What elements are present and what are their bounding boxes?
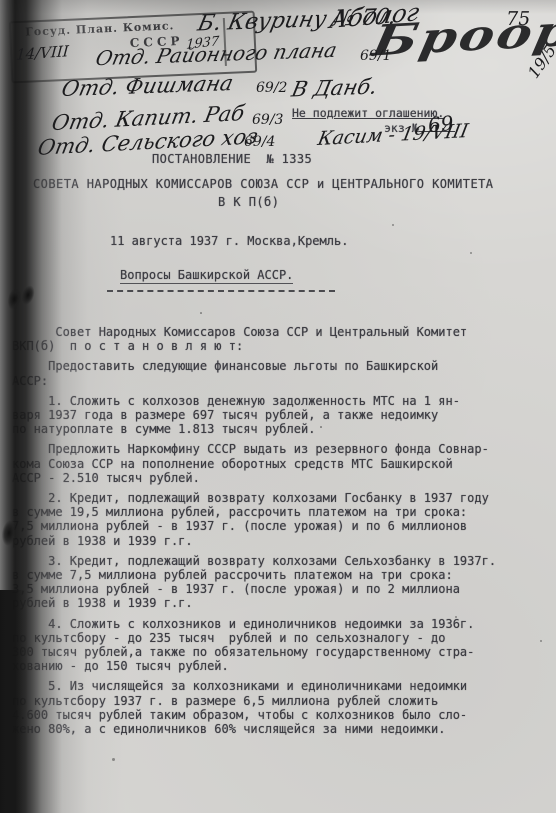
scan-speck xyxy=(112,758,115,761)
typed-line: 4. Сложить с колхозников и единоличников… xyxy=(12,617,552,631)
dept4-number-handwriting: 69/4 xyxy=(244,134,275,150)
scanned-document-page: Госуд. План. Комис. СССР 14/VIII 1937 Б.… xyxy=(0,0,556,813)
typed-line: по натуроплате в сумме 1.813 тысяч рубле… xyxy=(12,422,552,436)
issuer-line-2: В К П(б) xyxy=(218,195,279,209)
typed-line: рублей в 1938 и 1939 г.г. xyxy=(12,596,552,610)
typed-line: Совет Народных Комиссаров Союза ССР и Це… xyxy=(12,325,552,339)
stamp-date-day-handwriting: 14/VIII xyxy=(15,42,69,64)
typed-line: жено 80%, а с единоличников 60% числящей… xyxy=(12,722,552,736)
clause-1: 1. Сложить с колхозов денежную задолженн… xyxy=(12,394,552,437)
resolution-clause: Совет Народных Комиссаров Союза ССР и Це… xyxy=(12,325,552,353)
typed-line: по культсбору - до 235 тысяч рублей и по… xyxy=(12,631,552,645)
subject-heading: Вопросы Башкирской АССР. xyxy=(120,268,293,284)
scan-speck xyxy=(392,224,394,226)
decree-title: ПОСТАНОВЛЕНИЕ № 1335 xyxy=(152,152,312,166)
typed-line: в сумме 19,5 миллиона рублей, рассрочить… xyxy=(12,505,552,519)
secrecy-notice: Не подлежит оглашению. xyxy=(292,106,444,120)
dept2-number-handwriting: 69/2 xyxy=(256,80,287,96)
typed-line: АССР: xyxy=(12,374,552,388)
subject-dashed-underline xyxy=(107,290,335,292)
typed-line: Предоставить следующие финансовые льготы… xyxy=(12,359,552,373)
dept2-extra-handwriting: В Данб. xyxy=(289,74,379,101)
typed-line: хованию - до 150 тысяч рублей. xyxy=(12,659,552,673)
dateline: 11 августа 1937 г. Москва,Кремль. xyxy=(110,234,348,248)
copy-number-handwriting: 69 xyxy=(427,111,455,138)
typed-line: рублей в 1938 и 1939 г.г. xyxy=(12,534,552,548)
decree-body: Совет Народных Комиссаров Союза ССР и Це… xyxy=(12,325,552,742)
punch-hole xyxy=(19,284,37,307)
typed-line: 4.600 тысяч рублей таким образом, чтобы … xyxy=(12,708,552,722)
typed-line: ВКП(б) п о с т а н о в л я ю т: xyxy=(12,339,552,353)
typed-line: кома Союза ССР на пополнение оборотных с… xyxy=(12,457,552,471)
typed-line: 300 тысяч рублей,а также по обязательном… xyxy=(12,645,552,659)
big-signature-handwriting: Броор xyxy=(368,5,556,65)
typed-line: 2. Кредит, подлежащий возврату колхозами… xyxy=(12,491,552,505)
clause-4: 4. Сложить с колхозников и единоличников… xyxy=(12,617,552,674)
typed-line: в сумме 7,5 миллиона рублей рассрочить п… xyxy=(12,568,552,582)
typed-line: Предложить Наркомфину СССР выдать из рез… xyxy=(12,442,552,456)
typed-line: по культсбору 1937 г. в размере 6,5 милл… xyxy=(12,694,552,708)
typed-line: АССР - 2.510 тысяч рублей. xyxy=(12,471,552,485)
dept2-handwriting: Отд. Фишмана xyxy=(59,71,235,101)
issuer-line-1: СОВЕТА НАРОДНЫХ КОМИССАРОВ СОЮЗА ССР и Ц… xyxy=(33,177,493,191)
clause-5: 5. Из числящейся за колхозниками и едино… xyxy=(12,679,552,736)
punch-hole xyxy=(6,287,23,311)
typed-line: 3. Кредит, подлежащий возврату колхозами… xyxy=(12,554,552,568)
typed-line: 5. Из числящейся за колхозниками и едино… xyxy=(12,679,552,693)
clause-2: 2. Кредит, подлежащий возврату колхозами… xyxy=(12,491,552,548)
clause-1a: Предложить Наркомфину СССР выдать из рез… xyxy=(12,442,552,485)
typed-line: 1. Сложить с колхозов денежную задолженн… xyxy=(12,394,552,408)
typed-line: варя 1937 года в размере 697 тысяч рубле… xyxy=(12,408,552,422)
preamble-clause: Предоставить следующие финансовые льготы… xyxy=(12,359,552,387)
typed-line: 7,5 миллиона рублей - в 1937 г. (после у… xyxy=(12,519,552,533)
clause-3: 3. Кредит, подлежащий возврату колхозами… xyxy=(12,554,552,611)
typed-line: 3,5 миллиона рублей - в 1937 г. (после у… xyxy=(12,582,552,596)
scan-speck xyxy=(200,312,202,314)
scan-speck xyxy=(470,252,472,254)
